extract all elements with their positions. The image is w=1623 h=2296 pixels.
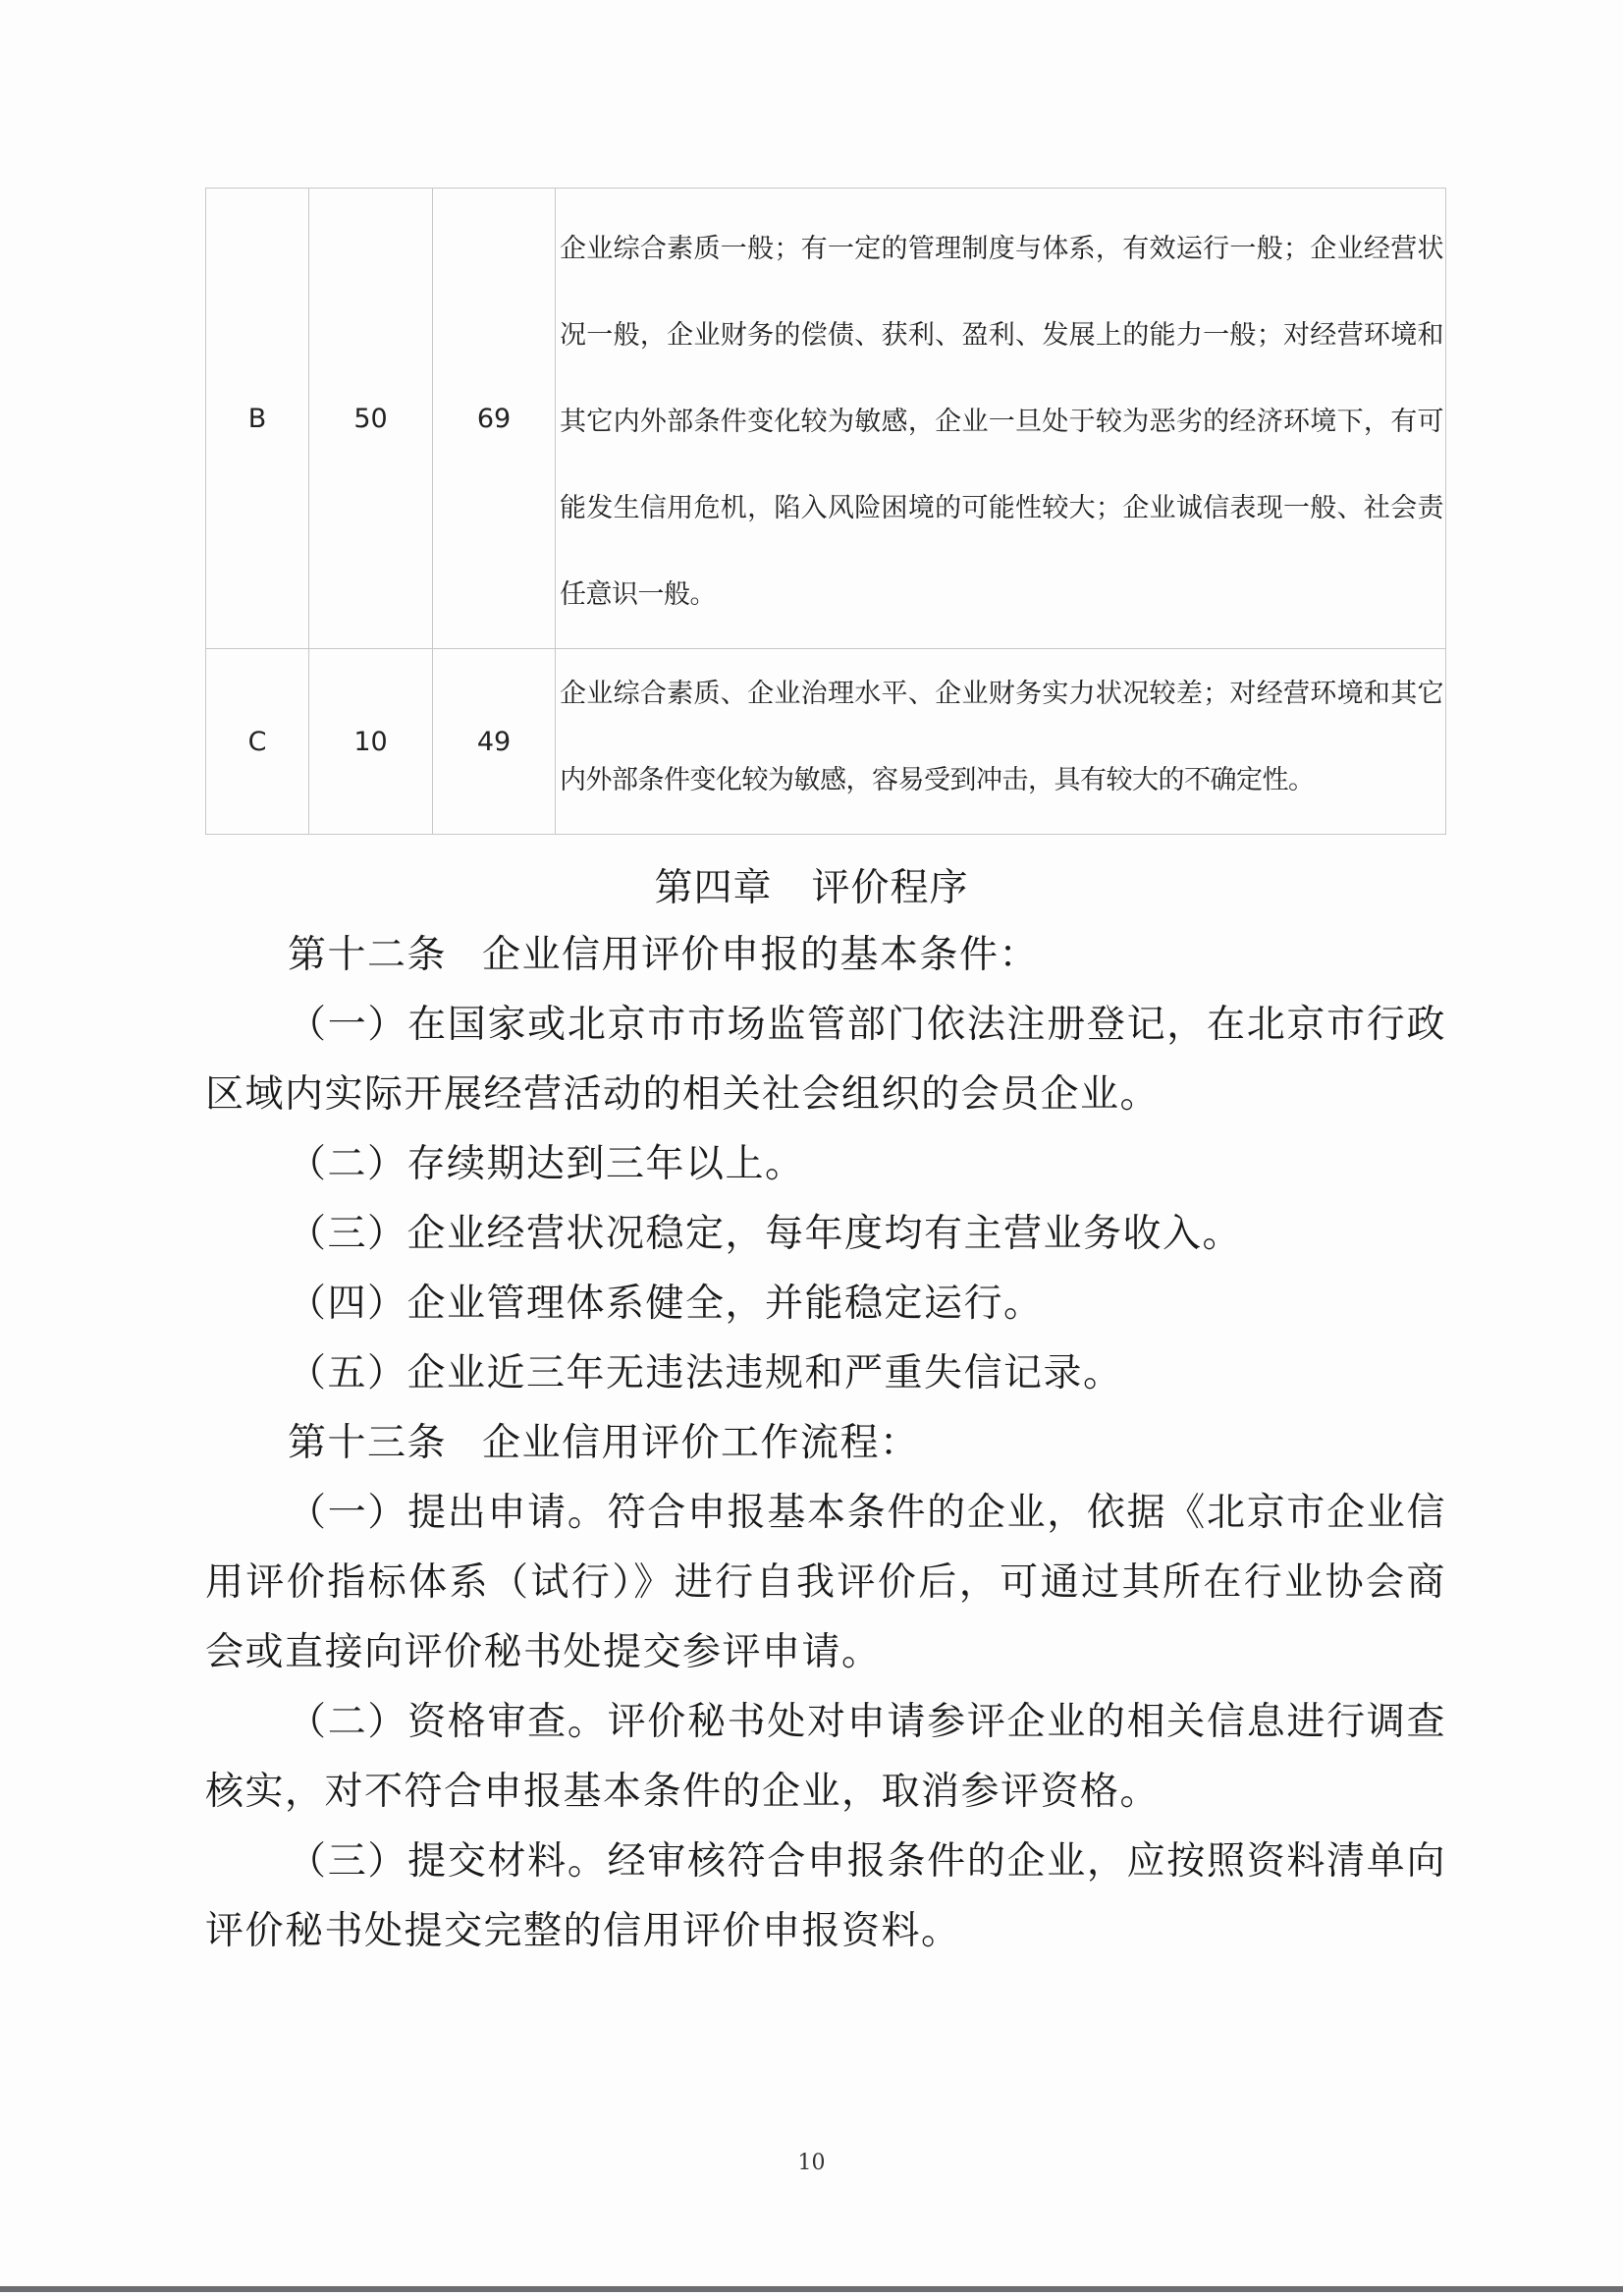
description-cell: 企业综合素质、企业治理水平、企业财务实力状况较差；对经营环境和其它内外部条件变化… [556, 649, 1446, 835]
chapter-heading: 第四章评价程序 [0, 857, 1623, 912]
document-page: B 50 69 企业综合素质一般；有一定的管理制度与体系，有效运行一般；企业经营… [0, 0, 1623, 2296]
article-13-heading: 第十三条企业信用评价工作流程： [205, 1408, 1446, 1478]
min-score-cell: 50 [309, 189, 433, 649]
article-12-item-3: （三）企业经营状况稳定，每年度均有主营业务收入。 [205, 1199, 1446, 1269]
article-number: 第十三条 [288, 1421, 447, 1465]
article-13-item-2: （二）资格审查。评价秘书处对申请参评企业的相关信息进行调查核实，对不符合申报基本… [205, 1687, 1446, 1827]
article-12-item-1: （一）在国家或北京市市场监管部门依法注册登记，在北京市行政区域内实际开展经营活动… [205, 990, 1446, 1129]
max-score-cell: 69 [433, 189, 556, 649]
article-number: 第十二条 [288, 933, 447, 977]
min-score-cell: 10 [309, 649, 433, 835]
page-number: 10 [0, 2151, 1623, 2175]
article-13-item-1: （一）提出申请。符合申报基本条件的企业，依据《北京市企业信用评价指标体系（试行）… [205, 1478, 1446, 1687]
article-12-item-5: （五）企业近三年无违法违规和严重失信记录。 [205, 1339, 1446, 1408]
credit-grade-table: B 50 69 企业综合素质一般；有一定的管理制度与体系，有效运行一般；企业经营… [205, 188, 1446, 835]
grade-cell: B [206, 189, 309, 649]
article-12-item-4: （四）企业管理体系健全，并能稳定运行。 [205, 1269, 1446, 1339]
chapter-number: 第四章 [654, 866, 772, 910]
table-row: C 10 49 企业综合素质、企业治理水平、企业财务实力状况较差；对经营环境和其… [206, 649, 1446, 835]
grade-cell: C [206, 649, 309, 835]
article-12-item-2: （二）存续期达到三年以上。 [205, 1129, 1446, 1199]
description-cell: 企业综合素质一般；有一定的管理制度与体系，有效运行一般；企业经营状况一般，企业财… [556, 189, 1446, 649]
article-title: 企业信用评价工作流程： [482, 1421, 920, 1465]
article-13-item-3: （三）提交材料。经审核符合申报条件的企业，应按照资料清单向评价秘书处提交完整的信… [205, 1827, 1446, 1966]
chapter-title: 评价程序 [812, 866, 969, 910]
article-title: 企业信用评价申报的基本条件： [482, 933, 1039, 977]
page-bottom-edge [0, 2286, 1623, 2292]
max-score-cell: 49 [433, 649, 556, 835]
table-row: B 50 69 企业综合素质一般；有一定的管理制度与体系，有效运行一般；企业经营… [206, 189, 1446, 649]
article-12-heading: 第十二条企业信用评价申报的基本条件： [205, 920, 1446, 990]
